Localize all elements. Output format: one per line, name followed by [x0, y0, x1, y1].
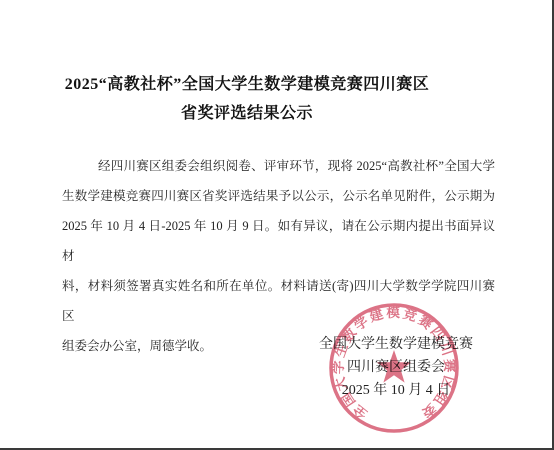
signature-org-line-1: 全国大学生数学建模竞赛: [308, 333, 484, 356]
document-title: 2025“高教社杯”全国大学生数学建模竞赛四川赛区 省奖评选结果公示: [0, 70, 494, 128]
body-line-3: 2025 年 10 月 4 日-2025 年 10 月 9 日。如有异议，请在公…: [62, 211, 495, 271]
signature-date: 2025 年 10 月 4 日: [308, 379, 484, 402]
body-line-2: 生数学建模竞赛四川赛区省奖评选结果予以公示，公示名单见附件，公示期为: [62, 181, 495, 211]
title-line-1: 2025“高教社杯”全国大学生数学建模竞赛四川赛区: [0, 70, 494, 99]
document-page: 2025“高教社杯”全国大学生数学建模竞赛四川赛区 省奖评选结果公示 经四川赛区…: [0, 0, 554, 450]
signature-org-line-2: 四川赛区组委会: [308, 356, 484, 379]
body-line-4: 料，材料须签署真实姓名和所在单位。材料请送(寄)四川大学数学学院四川赛区: [62, 271, 495, 331]
body-line-1: 经四川赛区组委会组织阅卷、评审环节，现将 2025“高教社杯”全国大学: [62, 151, 495, 181]
body-paragraph: 经四川赛区组委会组织阅卷、评审环节，现将 2025“高教社杯”全国大学 生数学建…: [62, 151, 495, 361]
signature-block: 全国大学生数学建模竞赛 四川赛区组委会 2025 年 10 月 4 日: [308, 333, 484, 402]
title-line-2: 省奖评选结果公示: [0, 99, 494, 128]
